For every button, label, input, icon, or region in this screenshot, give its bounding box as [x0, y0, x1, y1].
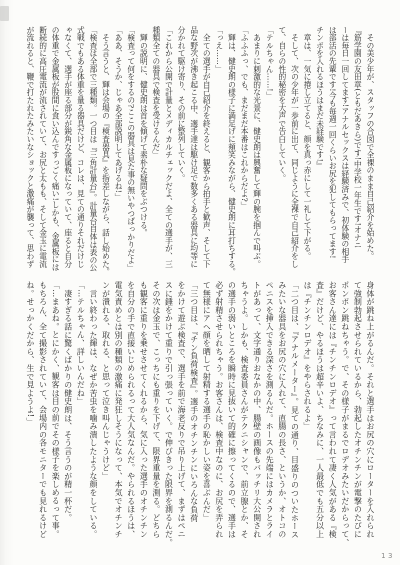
- text-line: 「っえ……」: [212, 26, 225, 276]
- text-line: 「二つ目は、『アナルメーター』。見ての通り、目盛りのついたホース: [288, 281, 301, 547]
- text-line: て強制勃起させられているから、勃起したオチンチンが電撃のたびに: [351, 281, 364, 547]
- text-line: は『チンチンロデオ』をやらされるよ」: [300, 281, 313, 547]
- text-line: そう言うと、輝は会場の『検査器具』を指差しながら、話し始めた。: [99, 26, 112, 276]
- text-line: 式戦でもある体重を量る器具だけど、コレは、見ての通りそれだけじ: [74, 26, 87, 276]
- text-line: て、自らの性的秘密を大声で告白していく。: [275, 26, 288, 276]
- text-line: 言い終わった輝は、なぜか苦虫を噛み潰したような顔をしている。: [86, 281, 99, 547]
- text-line: の体重で金属板が股間に食い込んですっごく痛い!しかも、金属板には: [49, 26, 62, 276]
- text-line: トがあって、文字通りおなかの中、腸壁の画像もバッチリ大公開され: [250, 281, 263, 547]
- text-line: 「…まあね。とにかく、観客は目の前でその様子を楽しめるって事。: [49, 281, 62, 547]
- text-line: 「ああ、そうか、じゃあ全部説明してあげるね!」: [112, 26, 125, 276]
- text-line: スに錘をかけて重りで引っ張っていく。で伸びきった限界を測るんだ。: [162, 281, 175, 547]
- text-line: をかけて遊ぶ検査で、選手を前で海老反りで吊り上げて、まずはペニ: [175, 281, 188, 547]
- text-line: 「これから公開で計量とメディカルチェックだよ、全ての選手が、三: [162, 26, 175, 276]
- text-line: ンが潰れる、取れる、と思って泣き叫んじゃうけど」: [99, 281, 112, 547]
- text-line: 全ての選手が自己紹介を終えると、観客から拍手と歓声、そして下: [200, 26, 213, 276]
- text-line: 「検査って何をするの?ここの器具は見た事の無いやつばっかりだよ」: [124, 26, 137, 276]
- text-line: 断続的に高圧電流が流されていて、お尻と太もも、そして金玉に電流: [36, 26, 49, 276]
- text-line: 「テルちゃん……!」: [263, 26, 276, 276]
- text-line: 『筋学園の友田章(ともだあきら)です!中学校一年生です!オナニ: [351, 26, 364, 276]
- text-line: 分かれて駆け寄り、その前に整列していく。: [175, 26, 188, 276]
- text-line: の選手の弱いところを瞬時に見抜いて的確に擦ってくるので、選手は: [225, 281, 238, 547]
- text-line: 身体が跳ね上がるんだ。それと選手はお尻の穴にローターを入れられ: [363, 281, 376, 547]
- text-line: 凄すぎる話に驚くばかりの健史朗は、そう言うのが精一杯だ。: [61, 281, 74, 547]
- text-line: 「ふふふっ、でも、まだまだ本番はこれからだよ?」: [237, 26, 250, 276]
- text-line: もちろん、全て撮影されていて、会場内の各モニターでも見れるけど: [36, 281, 49, 547]
- text-line: 輝は、健史朗の様子に満足げに頬笑みながら、健史朗に耳打ちする。: [225, 26, 238, 276]
- text-line: ね。せっかくだから、生で見ようよ!」: [23, 281, 36, 547]
- text-line: みたいな器具をお尻の穴に入れて、直腸の長さ、というか、オトコの: [275, 281, 288, 547]
- text-line: そして、次の少年が一歩前に出て、同じように全裸で自己紹介をし: [288, 26, 301, 276]
- text-line: お客さん達には『チンチンロデオ』って言われて凄く人気がある『検: [326, 281, 339, 547]
- upper-text-band: その美少年が、スタッフの合図で全裸のまま自己紹介を始めた。『筋学園の友田章(とも…: [23, 26, 376, 276]
- text-line: を自分の手で直接いじめられるって大人気なんだ。やられるほうは、: [124, 281, 137, 547]
- text-line: その次は金玉で、こっちにも重りを下げて、限界重量を測る。どちら: [149, 281, 162, 547]
- text-line: も観客に重りを乗せさせてくれるから、気に入った選手のオチンチン: [137, 281, 150, 547]
- text-line: が流れると、鞭で打たれたみたいなショックと激痛が襲って、思わず: [23, 26, 36, 276]
- text-line: チンポを入れるほうはまだ未経験です!』: [313, 26, 326, 276]
- text-line: ポンポン跳ねちゃう。で、その様子がまるでロデオみたいだからって、: [338, 281, 351, 547]
- text-line: 電気責めとは別の種類の激痛に発狂しそうになって、本気でオチンチ: [112, 281, 125, 547]
- book-page: その美少年が、スタッフの合図で全裸のまま自己紹介を始めた。『筋学園の友田章(とも…: [0, 0, 400, 565]
- text-line: 「…テルちゃん、詳しいんだね」: [74, 281, 87, 547]
- text-line: ペニスを挿入できる深さを測るんだ。ホースの先端にはカメラとライ: [263, 281, 276, 547]
- lower-text-band: 身体が跳ね上がるんだ。それと選手はお尻の穴にローターを入れられて強制勃起させられ…: [23, 281, 376, 547]
- text-line: 査』だけど、やるほうは超辛いよ、ちなみに、一人最低でも五分以上: [313, 281, 326, 547]
- text-line: ちゃうよ。しかも、検査委員さんがテクニシャンで、前立腺とか、そ: [237, 281, 250, 547]
- text-line: は部活の先輩です!今も毎週一回くらいお尻を犯してもらってます!: [326, 26, 339, 276]
- text-line: 「検査は全部で三種類。一つ目は『三角計量台』。計量台自体は表の公: [86, 26, 99, 276]
- text-line: 輝の説明に、健史朗は首を傾げて素朴な疑問をぶつける。: [137, 26, 150, 276]
- text-line: 品な野次が沸き起こる中、選手達は駆け足で数多くある器具に均等に: [187, 26, 200, 276]
- text-line: 種類全ての器具で検査を受けるんだ」: [149, 26, 162, 276]
- text-line: あまりに刺激的な光景に、健史朗は興奮して輝の腕を掴んで叫ぶ。: [250, 26, 263, 276]
- scan-artifact: [0, 6, 9, 21]
- text-line: その美少年が、スタッフの合図で全裸のまま自己紹介を始めた。: [363, 26, 376, 276]
- text-line: て無様にアヘ顔を晒して射精する選手の恥かしい姿を喜ぶんだ」: [200, 281, 213, 547]
- text-line: ーは毎日一回してます!アナルセックスは経験済みで、初体験の相手: [338, 26, 351, 276]
- page-number: 13: [381, 552, 395, 560]
- text-line: ゃなくて、選手が座る部分が鋭角な金属板になっていて、座ると自分: [61, 26, 74, 276]
- text-line: 「三つ目は、『チン負荷検査』。選手のオチンチンにいろんな負荷: [187, 281, 200, 547]
- text-line: 章は、一気に捲し立てると、顔を真っ赤にして一礼して下がる。: [300, 26, 313, 276]
- text-line: 必ず射精させられちゃう。お客さんは、検査中なのに、お尻を弄られ: [212, 281, 225, 547]
